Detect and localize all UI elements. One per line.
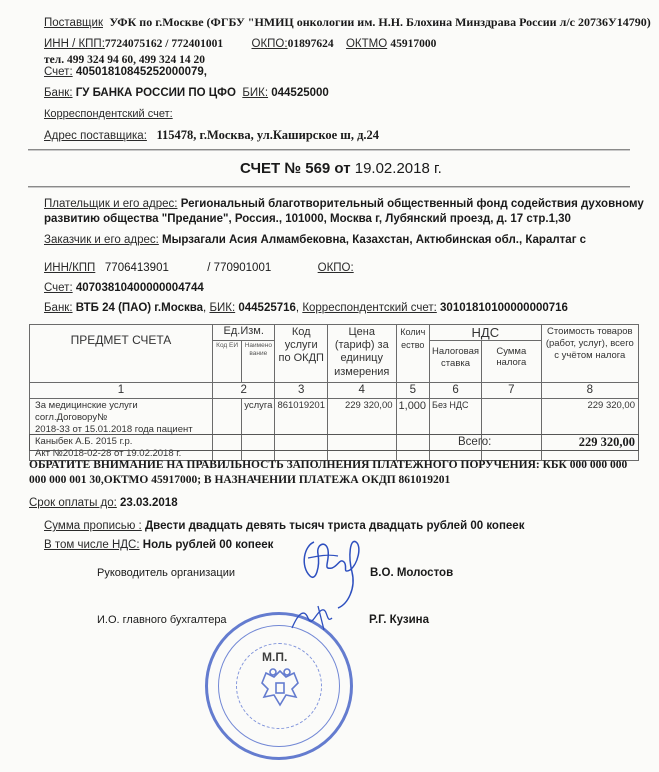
col-header-vat-rate: Налоговая ставка: [430, 341, 482, 383]
cell-subject: За медицинские услуги согл.Договору№ 201…: [30, 399, 213, 461]
col-num-7: 7: [482, 383, 542, 399]
accountant-name: Р.Г. Кузина: [369, 614, 429, 626]
invoice-title: СЧЕТ № 569 от: [240, 160, 351, 177]
supplier-bank: ГУ БАНКА РОССИИ ПО ЦФО: [76, 87, 236, 99]
supplier-bank-label: Банк:: [44, 87, 73, 99]
cell-total: 229 320,00: [541, 399, 638, 461]
payer-bik: 044525716: [238, 302, 296, 314]
payer-label: Плательщик и его адрес:: [44, 198, 177, 210]
supplier-account: 40501810845252000079,: [76, 66, 207, 78]
supplier-ids: ИНН / КПП:7724075162 / 772401001 ОКПО:01…: [44, 38, 436, 50]
divider-top: [28, 149, 630, 151]
col-num-8: 8: [541, 383, 638, 399]
stamp-mark: М.П.: [262, 650, 287, 664]
accountant-role: И.О. главного бухгалтера: [97, 614, 227, 626]
supplier-bank-line: Банк: ГУ БАНКА РОССИИ ПО ЦФО БИК: 044525…: [44, 87, 329, 99]
col-header-subject: ПРЕДМЕТ СЧЕТА: [30, 325, 213, 383]
payer-kpp: / 770901001: [207, 262, 271, 274]
customer-line: Заказчик и его адрес: Мырзагали Асия Алм…: [44, 234, 586, 246]
col-num-4: 4: [328, 383, 397, 399]
col-num-5: 5: [396, 383, 430, 399]
supplier-corr-label: Корреспондентский счет:: [44, 108, 173, 120]
payer-name-2: развитию общества "Предание", Россия., 1…: [44, 213, 571, 225]
col-header-qty: Количество: [396, 325, 430, 383]
col-header-total: Стоимость товаров (работ, услуг), всего …: [541, 325, 638, 383]
column-number-row: 1 2 3 4 5 6 7 8: [30, 383, 639, 399]
head-name: В.О. Молостов: [370, 567, 453, 579]
customer-label: Заказчик и его адрес:: [44, 234, 159, 246]
vat-in-words-label: В том числе НДС:: [44, 539, 140, 551]
supplier-name: УФК по г.Москве (ФГБУ "НМИЦ онкологии им…: [109, 15, 650, 29]
table-header-row-1: ПРЕДМЕТ СЧЕТА Ед.Изм. Код услуги по ОКДП…: [30, 325, 639, 341]
supplier-address-line: Адрес поставщика: 115478, г.Москва, ул.К…: [44, 128, 379, 143]
payer-line-1: Плательщик и его адрес: Региональный бла…: [44, 198, 644, 210]
supplier-address-label: Адрес поставщика:: [44, 130, 147, 142]
col-header-vat-sum: Сумма налога: [482, 341, 542, 383]
col-header-price: Цена (тариф) за единицу измерения: [328, 325, 397, 383]
supplier-oktmo-label: ОКТМО: [346, 38, 387, 50]
vat-in-words: Ноль рублей 00 копеек: [143, 539, 274, 551]
supplier-okpo-label: ОКПО:: [252, 38, 288, 50]
cell-unit-code: [212, 399, 241, 461]
invoice-date: 19.02.2018 г.: [355, 160, 442, 177]
payer-account-line: Счет: 40703810400000004744: [44, 282, 204, 294]
cell-unit-name: услуга: [242, 399, 275, 461]
payer-inn: 7706413901: [105, 262, 169, 274]
payer-corr-label: Корреспондентский счет:: [302, 302, 437, 314]
sum-in-words: Двести двадцать девять тысяч триста двад…: [145, 520, 524, 532]
supplier-phone: тел. 499 324 94 60, 499 324 14 20: [44, 54, 205, 66]
supplier-account-line: Счет: 40501810845252000079,: [44, 66, 207, 78]
col-num-2: 2: [212, 383, 274, 399]
due-date: 23.03.2018: [120, 497, 178, 509]
payment-notice-line-1: ОБРАТИТЕ ВНИМАНИЕ НА ПРАВИЛЬНОСТЬ ЗАПОЛН…: [29, 459, 627, 471]
payer-bank-label: Банк:: [44, 302, 73, 314]
payer-account: 40703810400000004744: [76, 282, 204, 294]
payer-okpo-label: ОКПО:: [318, 262, 354, 274]
supplier-inn-kpp-label: ИНН / КПП:: [44, 38, 105, 50]
supplier-bik: 044525000: [271, 87, 329, 99]
sum-in-words-line: Сумма прописью : Двести двадцать девять …: [44, 520, 524, 532]
due-date-line: Срок оплаты до: 23.03.2018: [29, 497, 178, 509]
cell-vat-sum: [482, 399, 542, 461]
accountant-signature-icon: [288, 604, 338, 634]
payer-bank-line: Банк: ВТБ 24 (ПАО) г.Москва, БИК: 044525…: [44, 302, 568, 314]
supplier-label: Поставщик: [44, 17, 103, 29]
supplier-inn-kpp: 7724075162 / 772401001: [105, 38, 223, 50]
divider-bottom: [28, 186, 630, 188]
cell-price: 229 320,00: [328, 399, 397, 461]
cell-qty: 1,000: [396, 399, 430, 461]
sum-in-words-label: Сумма прописью :: [44, 520, 142, 532]
due-date-label: Срок оплаты до:: [29, 497, 117, 509]
col-header-okdp: Код услуги по ОКДП: [275, 325, 328, 383]
payer-corr: 30101810100000000716: [440, 302, 568, 314]
supplier-corr-line: Корреспондентский счет:: [44, 108, 173, 120]
subject-line-1: За медицинские услуги согл.Договору№: [35, 400, 210, 424]
total-value: 229 320,00: [579, 435, 635, 450]
payer-bank: ВТБ 24 (ПАО) г.Москва: [76, 302, 203, 314]
supplier-address: 115478, г.Москва, ул.Каширское ш, д.24: [157, 128, 380, 142]
col-num-6: 6: [430, 383, 482, 399]
cell-vat-rate: Без НДС: [430, 399, 482, 461]
col-header-unit-code: Код ЕИ: [212, 341, 241, 383]
supplier-account-label: Счет:: [44, 66, 73, 78]
col-header-unit: Ед.Изм.: [212, 325, 274, 341]
col-num-1: 1: [30, 383, 213, 399]
supplier-oktmo: 45917000: [390, 38, 436, 50]
payer-ids: ИНН/КПП 7706413901 / 770901001 ОКПО:: [44, 262, 354, 274]
payer-name-1: Региональный благотворительный обществен…: [181, 198, 644, 210]
table-total-row: Всего: 229 320,00: [29, 434, 639, 451]
invoice-title-line: СЧЕТ № 569 от 19.02.2018 г.: [240, 160, 442, 177]
coat-of-arms-icon: [254, 661, 306, 713]
customer-name: Мырзагали Асия Алмамбековна, Казахстан, …: [162, 234, 586, 246]
col-header-vat: НДС: [430, 325, 542, 341]
cell-okdp: 861019201: [275, 399, 328, 461]
head-role: Руководитель организации: [97, 567, 235, 579]
official-stamp: М.П.: [205, 612, 353, 760]
payer-bik-label: БИК:: [209, 302, 235, 314]
col-header-unit-name: Наименование: [242, 341, 275, 383]
table-row: За медицинские услуги согл.Договору№ 201…: [30, 399, 639, 461]
total-label: Всего:: [458, 436, 491, 448]
supplier-okpo: 01897624: [288, 38, 334, 50]
supplier-bik-label: БИК:: [242, 87, 268, 99]
payer-inn-kpp-label: ИНН/КПП: [44, 262, 95, 274]
payer-account-label: Счет:: [44, 282, 73, 294]
col-num-3: 3: [275, 383, 328, 399]
vat-in-words-line: В том числе НДС: Ноль рублей 00 копеек: [44, 539, 273, 551]
payment-notice-line-2: 000 000 001 30,ОКТМО 45917000; В НАЗНАЧЕ…: [29, 474, 450, 486]
supplier-line: Поставщик УФК по г.Москве (ФГБУ "НМИЦ он…: [44, 15, 651, 30]
